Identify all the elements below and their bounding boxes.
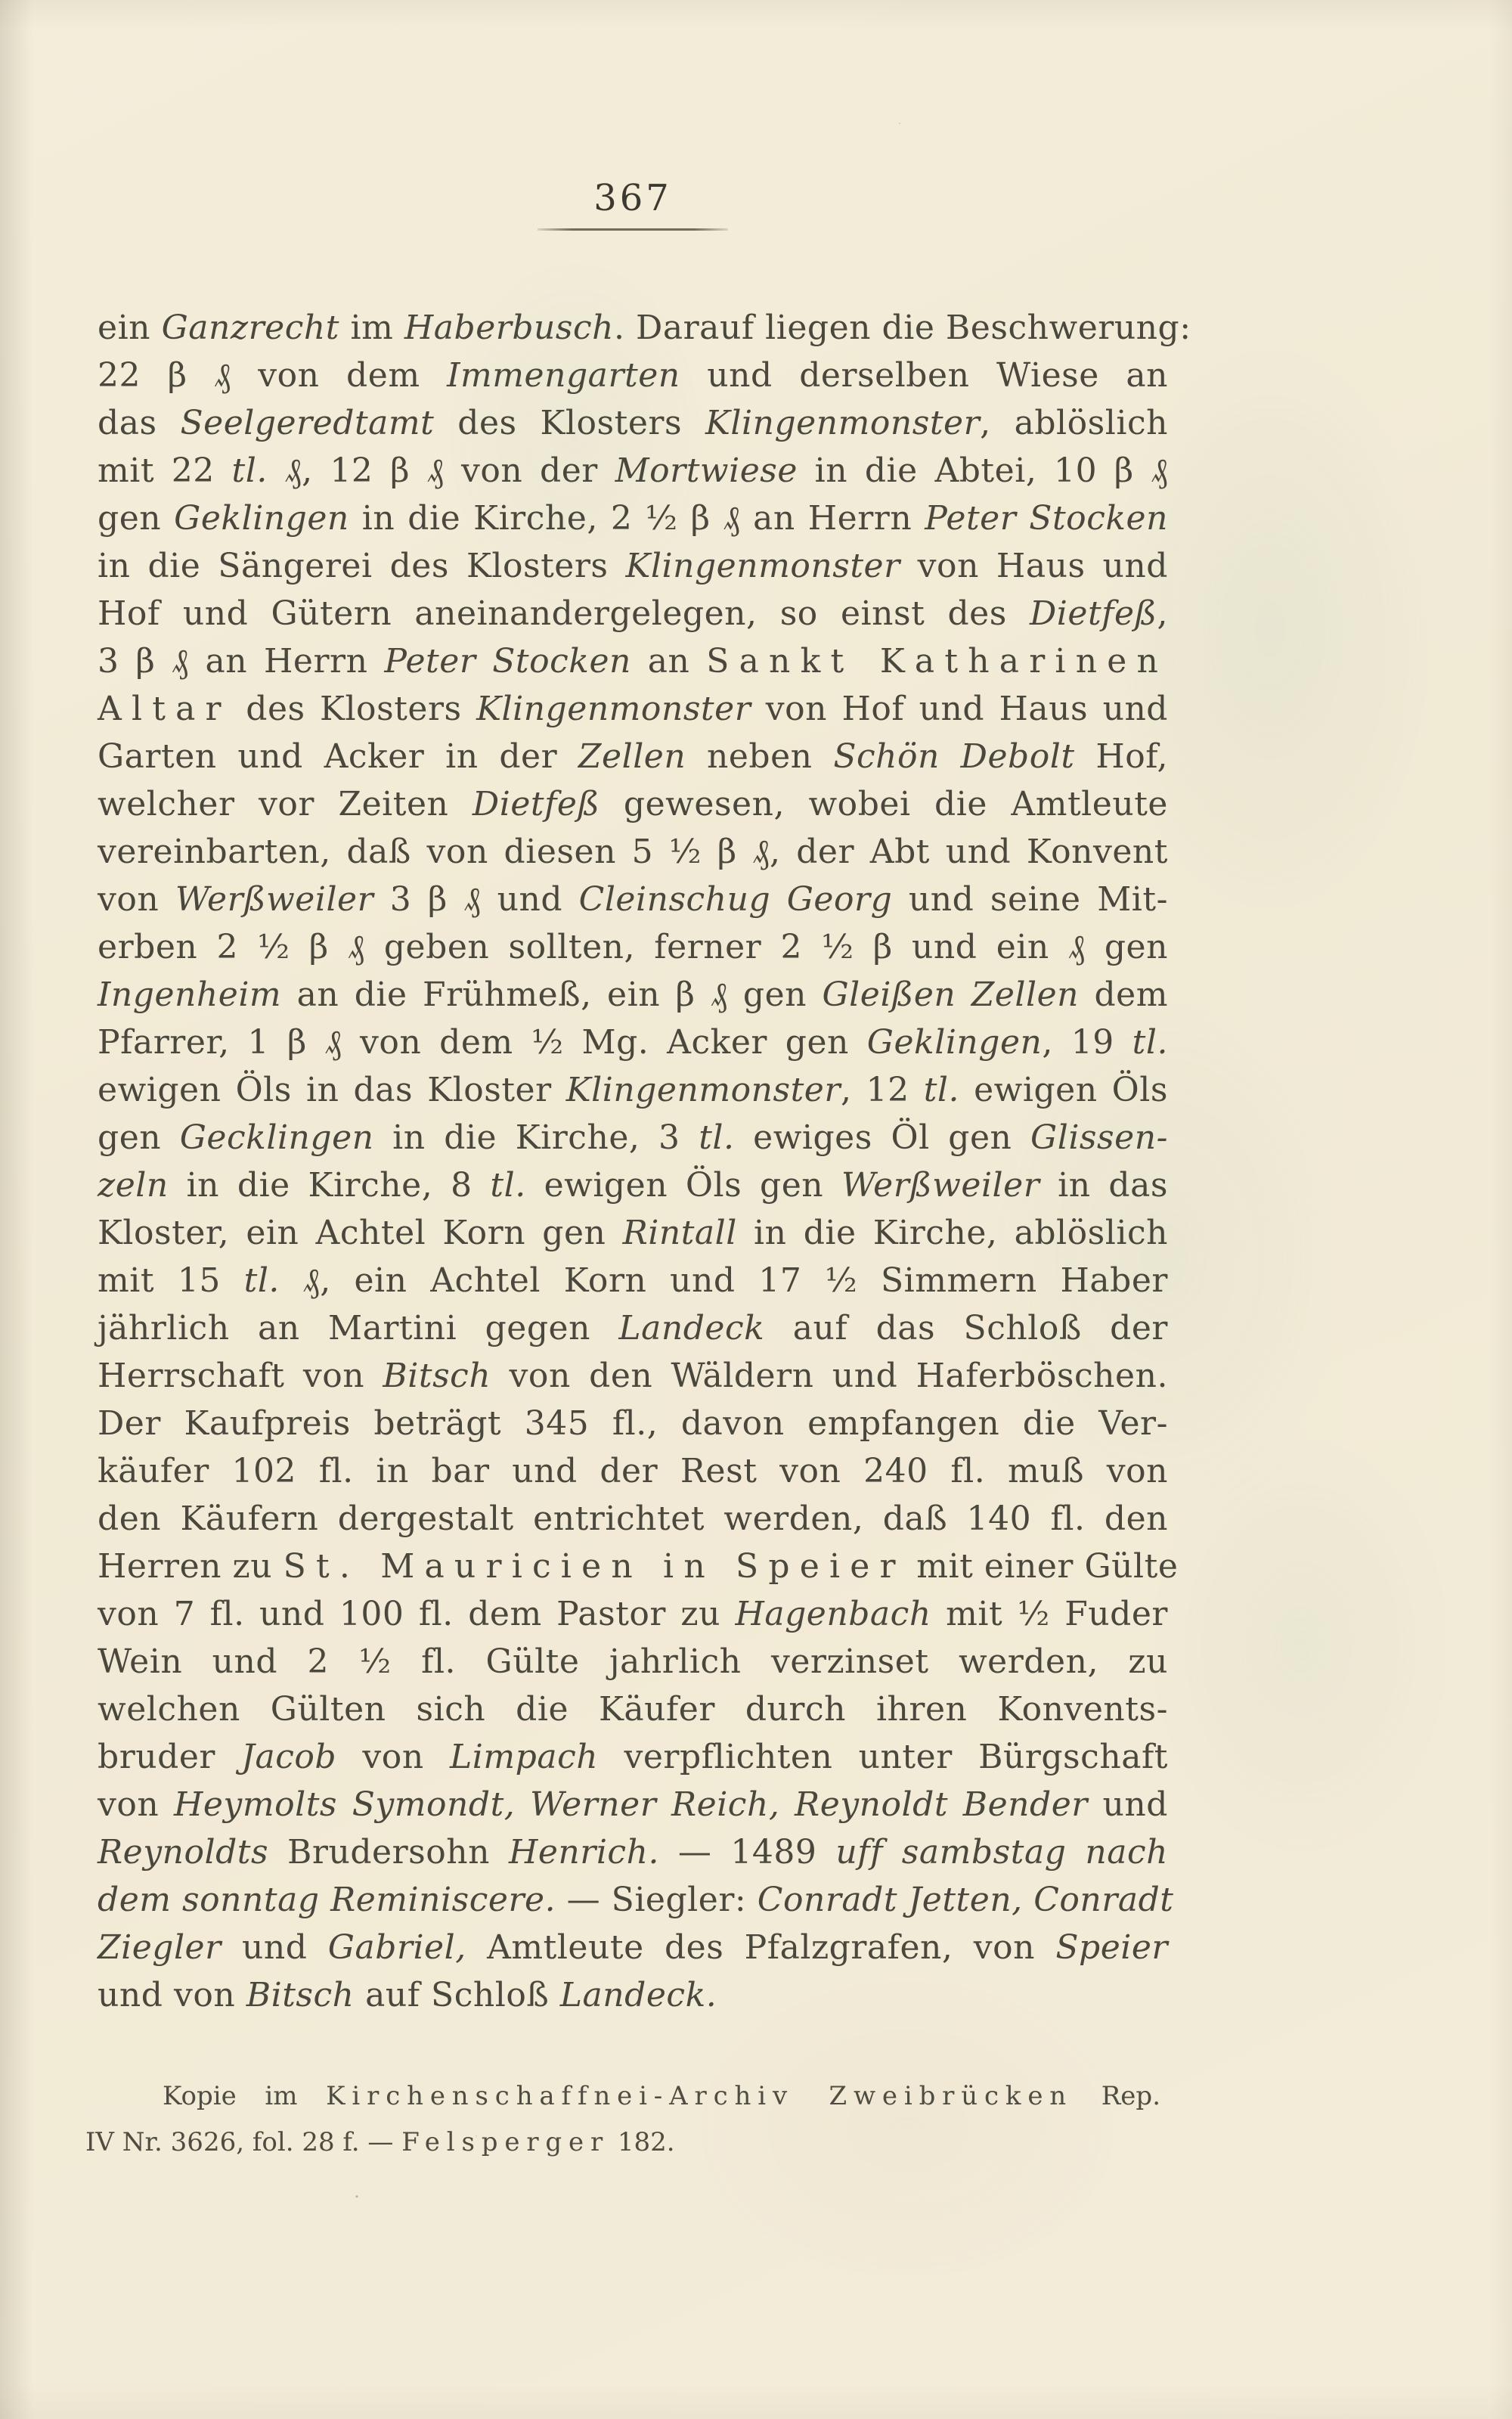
text-line: Herrschaft von Bitsch von den Wäldern un… [98, 1352, 1168, 1400]
text-line: und von Bitsch auf Schloß Landeck. [98, 1971, 1168, 2019]
italic-text-run: tl. [1132, 1023, 1168, 1062]
italic-text-run: Klingenmonster [626, 547, 900, 585]
italic-text-run: Gleißen Zellen [822, 975, 1079, 1014]
text-run: , 12 [841, 1071, 924, 1109]
italic-text-run: Werßweiler [841, 1166, 1039, 1205]
italic-text-run: Zellen [578, 737, 686, 776]
text-line: Der Kaufpreis beträgt 345 fl., davon emp… [98, 1400, 1168, 1447]
text-run: , ablöslich [980, 404, 1168, 442]
italic-text-run: Peter Stocken [384, 642, 631, 681]
text-run: ewiges Öl gen [735, 1118, 1031, 1157]
text-run: auf Schloß [355, 1976, 560, 2014]
italic-text-run: Klingenmonster [476, 690, 751, 728]
text-line: in die Sängerei des Klosters Klingenmons… [98, 542, 1168, 590]
text-run: und [1088, 1785, 1168, 1824]
italic-text-run: Speier [1055, 1928, 1168, 1967]
text-run: des Klosters [231, 690, 476, 728]
text-line: 22 β ₰ von dem Immengarten und derselben… [98, 352, 1168, 399]
italic-text-run: Geklingen [174, 499, 349, 538]
header-rule-divider [538, 228, 728, 231]
text-run: — Siegler: [556, 1881, 758, 1919]
text-run: welcher vor Zeiten [98, 785, 472, 823]
text-line: 3 β ₰ an Herrn Peter Stocken an Sankt Ka… [98, 637, 1168, 685]
text-run: Rep. [1073, 2081, 1160, 2111]
italic-text-run: tl. [924, 1071, 959, 1109]
page-header: 367 [98, 177, 1168, 231]
text-run: käufer 102 fl. in bar und der Rest von 2… [98, 1452, 1168, 1490]
italic-text-run: Immengarten [447, 356, 680, 395]
footnote-line: IV Nr. 3626, fol. 28 f. — Felsperger 182… [85, 2120, 1160, 2166]
italic-text-run: Conradt Jetten, Conradt [758, 1881, 1174, 1919]
text-run: Kloster, ein Achtel Korn gen [98, 1214, 623, 1252]
text-run: 182. [609, 2127, 675, 2157]
text-run: im [339, 309, 404, 347]
text-run: von [98, 1785, 174, 1824]
italic-text-run: Hagenbach [735, 1595, 931, 1633]
italic-text-run: Landeck [618, 1309, 764, 1348]
text-run: ₰, 12 β ₰ von der [268, 451, 615, 490]
italic-text-run: Glissen- [1030, 1118, 1168, 1157]
text-run: mit 15 [98, 1261, 244, 1300]
letterspaced-text-run: Felsperger [401, 2127, 609, 2157]
text-line: gen Gecklingen in die Kirche, 3 tl. ewig… [98, 1114, 1168, 1161]
italic-text-run: Peter Stocken [925, 499, 1168, 538]
text-run: von Hof und Haus und [751, 690, 1168, 728]
text-line: gen Geklingen in die Kirche, 2 ½ β ₰ an … [98, 495, 1168, 542]
text-run: in die Kirche, 8 [169, 1166, 491, 1205]
text-run: ₰, ein Achtel Korn und 17 ½ Simmern Habe… [280, 1261, 1168, 1300]
text-run: Herrschaft von [98, 1357, 383, 1395]
italic-text-run: Geklingen [867, 1023, 1043, 1062]
letterspaced-text-run: Altar [98, 690, 231, 728]
text-run: 3 β ₰ an Herrn [98, 642, 384, 681]
italic-text-run: Dietfeß [1030, 594, 1157, 633]
text-line: Ingenheim an die Frühmeß, ein β ₰ gen Gl… [98, 971, 1168, 1019]
text-run: in die Sängerei des Klosters [98, 547, 626, 585]
text-run: in die Kirche, 3 [374, 1118, 699, 1157]
italic-text-run: Gabriel, [328, 1928, 466, 1967]
italic-text-run: Haberbusch [404, 309, 614, 347]
text-line: Ziegler und Gabriel, Amtleute des Pfalzg… [98, 1924, 1168, 1971]
text-run: Kopie im [163, 2081, 326, 2111]
text-line: den Käufern dergestalt entrichtet werden… [98, 1495, 1168, 1543]
italic-text-run: Seelgeredtamt [180, 404, 434, 442]
text-run: jährlich an Martini gegen [98, 1309, 618, 1348]
text-line: mit 22 tl. ₰, 12 β ₰ von der Mortwiese i… [98, 447, 1168, 495]
italic-text-run: Limpach [450, 1738, 598, 1776]
text-line: dem sonntag Reminiscere. — Siegler: Conr… [98, 1876, 1168, 1924]
text-run: mit einer Gülte [906, 1547, 1179, 1586]
text-line: von 7 fl. und 100 fl. dem Pastor zu Hage… [98, 1590, 1168, 1638]
text-run: in die Kirche, 2 ½ β ₰ an Herrn [349, 499, 925, 538]
text-line: welcher vor Zeiten Dietfeß gewesen, wobe… [98, 780, 1168, 828]
text-run: bruder [98, 1738, 241, 1776]
text-run: den Käufern dergestalt entrichtet werden… [98, 1499, 1168, 1538]
text-line: das Seelgeredtamt des Klosters Klingenmo… [98, 399, 1168, 447]
text-run: von [98, 880, 175, 919]
text-run: das [98, 404, 180, 442]
text-run: und [222, 1928, 328, 1967]
archival-footnote: Kopie im Kirchenschaffnei-Archiv Zweibrü… [85, 2073, 1160, 2166]
text-run: Hof und Gütern aneinandergelegen, so ein… [98, 594, 1030, 633]
italic-text-run: Bitsch [246, 1976, 355, 2014]
text-run: , [1157, 594, 1168, 633]
text-run: mit ½ Fuder [931, 1595, 1168, 1633]
italic-text-run: Cleinschug Georg [579, 880, 893, 919]
italic-text-run: Ingenheim [98, 975, 281, 1014]
text-line: von Werßweiler 3 β ₰ und Cleinschug Geor… [98, 876, 1168, 923]
text-run: von Haus und [900, 547, 1168, 585]
text-line: käufer 102 fl. in bar und der Rest von 2… [98, 1447, 1168, 1495]
text-run: in die Abtei, 10 β ₰ [798, 451, 1168, 490]
text-line: Altar des Klosters Klingenmonster von Ho… [98, 685, 1168, 733]
text-run: in das [1039, 1166, 1168, 1205]
text-run: Brudersohn [268, 1833, 509, 1872]
letterspaced-text-run: St. Mauricien in Speier [283, 1547, 906, 1586]
text-run: ewigen Öls in das Kloster [98, 1071, 566, 1109]
italic-text-run: Henrich. [509, 1833, 659, 1872]
text-line: Kloster, ein Achtel Korn gen Rintall in … [98, 1209, 1168, 1257]
text-run: gen [98, 1118, 180, 1157]
text-run: gen [98, 499, 174, 538]
text-run: IV Nr. 3626, fol. 28 f. — [85, 2127, 401, 2157]
italic-text-run: tl. [699, 1118, 734, 1157]
text-run: Garten und Acker in der [98, 737, 578, 776]
italic-text-run: Jacob [241, 1738, 336, 1776]
text-run: Amtleute des Pfalzgrafen, von [466, 1928, 1056, 1967]
italic-text-run: Klingenmonster [705, 404, 980, 442]
text-run: 3 β ₰ und [373, 880, 578, 919]
text-run: auf das Schloß der [764, 1309, 1168, 1348]
text-run: von 7 fl. und 100 fl. dem Pastor zu [98, 1595, 735, 1633]
italic-text-run: Gecklingen [180, 1118, 374, 1157]
italic-text-run: Bitsch [383, 1357, 491, 1395]
text-run: Hof, [1075, 737, 1168, 776]
text-line: vereinbarten, daß von diesen 5 ½ β ₰, de… [98, 828, 1168, 876]
text-run: von den Wäldern und Haferböschen. [491, 1357, 1168, 1395]
page-number: 367 [98, 177, 1168, 219]
text-line: bruder Jacob von Limpach verpflichten un… [98, 1733, 1168, 1781]
text-run: an [631, 642, 706, 681]
text-run: Der Kaufpreis beträgt 345 fl., davon emp… [98, 1404, 1168, 1443]
text-run: verpflichten unter Bürgschaft [598, 1738, 1168, 1776]
text-line: mit 15 tl. ₰, ein Achtel Korn und 17 ½ S… [98, 1257, 1168, 1304]
italic-text-run: Dietfeß [472, 785, 600, 823]
text-run: ein [98, 309, 162, 347]
italic-text-run: Schön Debolt [833, 737, 1074, 776]
italic-text-run: dem sonntag Reminiscere. [98, 1881, 556, 1919]
italic-text-run: Werßweiler [175, 880, 373, 919]
text-line: ein Ganzrecht im Haberbusch. Darauf lieg… [98, 304, 1168, 352]
text-line: Reynoldts Brudersohn Henrich. — 1489 uff… [98, 1828, 1168, 1876]
text-run: Wein und 2 ½ fl. Gülte jahrlich verzinse… [98, 1642, 1168, 1681]
footnote-line: Kopie im Kirchenschaffnei-Archiv Zweibrü… [85, 2073, 1160, 2120]
italic-text-run: tl. [490, 1166, 525, 1205]
italic-text-run: zeln [98, 1166, 169, 1205]
main-text-block: ein Ganzrecht im Haberbusch. Darauf lieg… [98, 304, 1168, 2019]
text-run: — 1489 [659, 1833, 835, 1872]
text-line: Wein und 2 ½ fl. Gülte jahrlich verzinse… [98, 1638, 1168, 1686]
text-line: ewigen Öls in das Kloster Klingenmonster… [98, 1066, 1168, 1114]
letterspaced-text-run: Sankt Katharinen [706, 642, 1168, 681]
italic-text-run: tl. [232, 451, 268, 490]
text-run: und derselben Wiese an [680, 356, 1168, 395]
text-line: zeln in die Kirche, 8 tl. ewigen Öls gen… [98, 1161, 1168, 1209]
scanned-book-page: 367 ein Ganzrecht im Haberbusch. Darauf … [0, 0, 1512, 2419]
text-run: mit 22 [98, 451, 232, 490]
text-line: Pfarrer, 1 β ₰ von dem ½ Mg. Acker gen G… [98, 1019, 1168, 1066]
text-line: von Heymolts Symondt, Werner Reich, Reyn… [98, 1781, 1168, 1828]
text-run: Herren zu [98, 1547, 283, 1586]
italic-text-run: Heymolts Symondt, Werner Reich, Reynoldt… [174, 1785, 1088, 1824]
italic-text-run: uff sambstag nach [835, 1833, 1168, 1872]
text-run: . Darauf liegen die Beschwerung: [614, 309, 1191, 347]
italic-text-run: Landeck. [560, 1976, 717, 2014]
italic-text-run: tl. [244, 1261, 280, 1300]
text-run: von [336, 1738, 450, 1776]
text-run: an die Frühmeß, ein β ₰ gen [281, 975, 822, 1014]
italic-text-run: Klingenmonster [566, 1071, 841, 1109]
text-run: erben 2 ½ β ₰ geben sollten, ferner 2 ½ … [98, 928, 1168, 966]
text-run: und seine Mit- [892, 880, 1168, 919]
text-run: neben [686, 737, 833, 776]
text-line: Garten und Acker in der Zellen neben Sch… [98, 733, 1168, 780]
text-line: erben 2 ½ β ₰ geben sollten, ferner 2 ½ … [98, 923, 1168, 971]
italic-text-run: Reynoldts [98, 1833, 268, 1872]
text-run: des Klosters [434, 404, 705, 442]
letterspaced-text-run: Kirchenschaffnei-Archiv Zweibrücken [326, 2081, 1073, 2111]
text-line: welchen Gülten sich die Käufer durch ihr… [98, 1686, 1168, 1733]
italic-text-run: Rintall [623, 1214, 737, 1252]
text-run: vereinbarten, daß von diesen 5 ½ β ₰, de… [98, 833, 1168, 871]
text-run: , 19 [1042, 1023, 1132, 1062]
text-run: welchen Gülten sich die Käufer durch ihr… [98, 1690, 1168, 1729]
text-line: Hof und Gütern aneinandergelegen, so ein… [98, 590, 1168, 637]
text-run: ewigen Öls gen [526, 1166, 841, 1205]
italic-text-run: Ganzrecht [162, 309, 339, 347]
text-run: gewesen, wobei die Amtleute [600, 785, 1168, 823]
text-line: Herren zu St. Mauricien in Speier mit ei… [98, 1543, 1168, 1590]
text-run: dem [1079, 975, 1168, 1014]
text-run: in die Kirche, ablöslich [737, 1214, 1168, 1252]
italic-text-run: Mortwiese [615, 451, 798, 490]
text-line: jährlich an Martini gegen Landeck auf da… [98, 1304, 1168, 1352]
text-run: 22 β ₰ von dem [98, 356, 447, 395]
text-run: Pfarrer, 1 β ₰ von dem ½ Mg. Acker gen [98, 1023, 867, 1062]
text-run: ewigen Öls [959, 1071, 1168, 1109]
italic-text-run: Ziegler [98, 1928, 222, 1967]
text-run: und von [98, 1976, 246, 2014]
